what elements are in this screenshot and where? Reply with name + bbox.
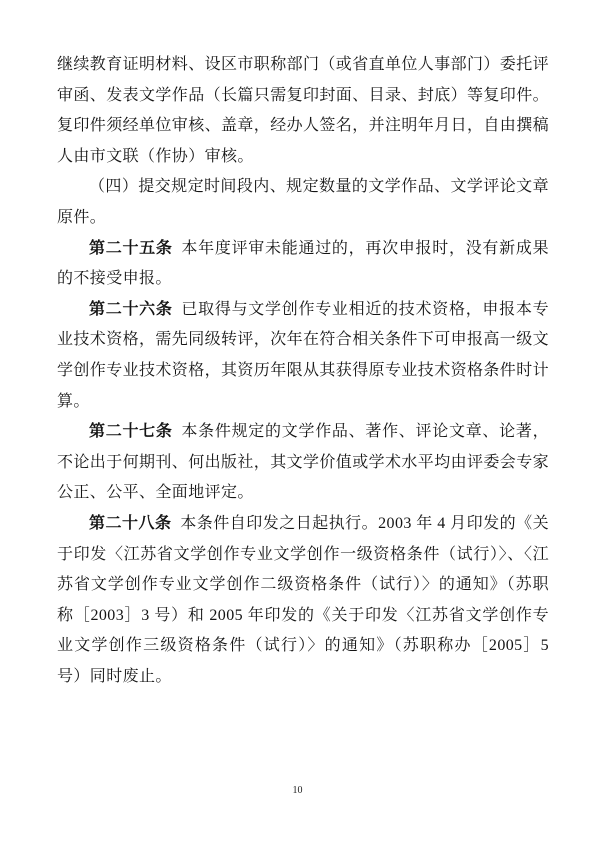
page-footer: 10: [0, 780, 595, 798]
article-28: 第二十八条本条件自印发之日起执行。2003 年 4 月印发的《关于印发〈江苏省文…: [57, 509, 549, 693]
article-25: 第二十五条本年度评审未能通过的，再次申报时，没有新成果的不接受申报。: [57, 234, 549, 295]
paragraph-text: 继续教育证明材料、设区市职称部门（或省直单位人事部门）委托评审函、发表文学作品（…: [57, 56, 549, 165]
page-number: 10: [293, 785, 303, 796]
article-27-number: 第二十七条: [89, 423, 173, 440]
document-page: 继续教育证明材料、设区市职称部门（或省直单位人事部门）委托评审函、发表文学作品（…: [0, 0, 595, 842]
article-26: 第二十六条已取得与文学创作专业相近的技术资格，申报本专业技术资格，需先同级转评，…: [57, 295, 549, 417]
paragraph-list-item-4: （四）提交规定时间段内、规定数量的文学作品、文学评论文章原件。: [57, 172, 549, 233]
paragraph-text: （四）提交规定时间段内、规定数量的文学作品、文学评论文章原件。: [57, 178, 549, 226]
article-28-number: 第二十八条: [89, 515, 171, 532]
article-28-text: 本条件自印发之日起执行。2003 年 4 月印发的《关于印发〈江苏省文学创作专业…: [57, 515, 549, 685]
document-body: 继续教育证明材料、设区市职称部门（或省直单位人事部门）委托评审函、发表文学作品（…: [57, 50, 549, 692]
article-27: 第二十七条本条件规定的文学作品、著作、评论文章、论著，不论出于何期刊、何出版社，…: [57, 417, 549, 509]
article-25-number: 第二十五条: [89, 240, 173, 257]
paragraph-continuation: 继续教育证明材料、设区市职称部门（或省直单位人事部门）委托评审函、发表文学作品（…: [57, 50, 549, 172]
article-26-number: 第二十六条: [89, 301, 173, 318]
